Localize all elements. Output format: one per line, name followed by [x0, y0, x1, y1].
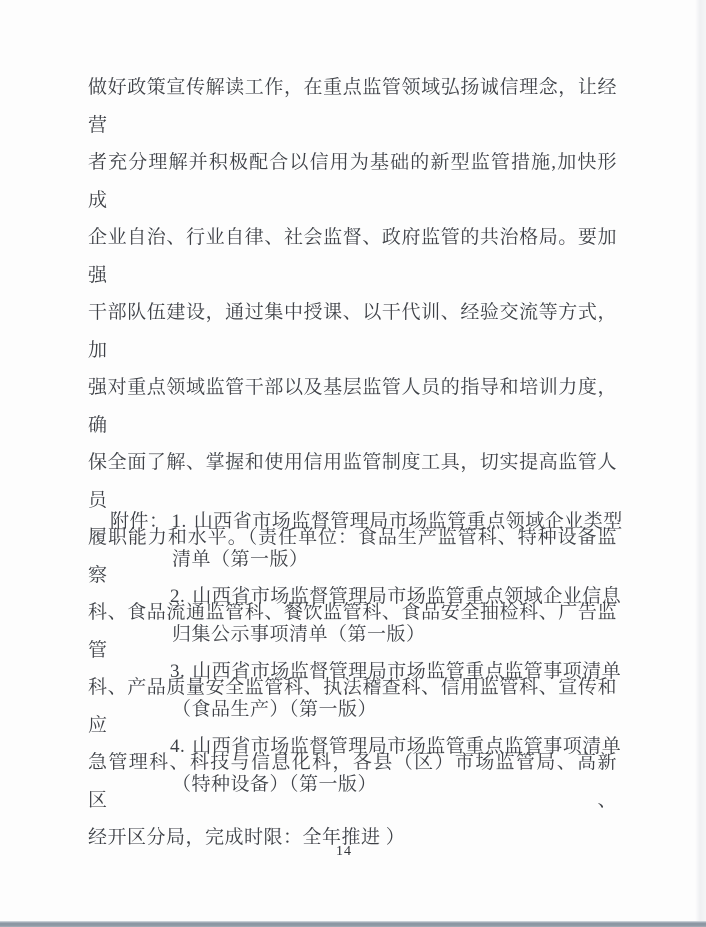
- attachment-item-number: 1.: [172, 511, 187, 532]
- page-bottom-edge: [0, 921, 706, 927]
- paragraph-line: 做好政策宣传解读工作，在重点监管领域弘扬诚信理念，让经营: [88, 69, 617, 144]
- attachments-label: 附件：: [110, 511, 169, 532]
- paragraph-line: 强对重点领域监管干部以及基层监管人员的指导和培训力度，确: [88, 369, 617, 444]
- attachment-item-continuation: 归集公示事项清单（第一版）: [172, 616, 640, 654]
- attachment-item: 2.山西省市场监督管理局市场监管重点领域企业信息: [170, 578, 640, 616]
- attachment-item: 4.山西省市场监督管理局市场监管重点监管事项清单: [170, 728, 640, 766]
- page-number: 14: [0, 844, 688, 860]
- attachment-item: 附件：1.山西省市场监督管理局市场监管重点领域企业类型: [110, 503, 640, 541]
- paragraph-line: 企业自治、行业自律、社会监督、政府监管的共治格局。要加强: [88, 219, 617, 294]
- paragraph-line: 者充分理解并积极配合以信用为基础的新型监管措施,加快形成: [88, 144, 617, 219]
- page-right-edge-shadow: [695, 0, 706, 927]
- attachment-item-title: 山西省市场监督管理局市场监管重点监管事项清单: [192, 736, 621, 757]
- attachment-item: 3.山西省市场监督管理局市场监管重点监管事项清单: [170, 653, 640, 691]
- attachment-item-title: 山西省市场监督管理局市场监管重点监管事项清单: [192, 661, 621, 682]
- attachment-item-continuation: （食品生产）（第一版）: [172, 691, 640, 729]
- attachments-section: 附件：1.山西省市场监督管理局市场监管重点领域企业类型 清单（第一版） 2.山西…: [0, 503, 640, 803]
- attachment-item-number: 2.: [170, 586, 185, 607]
- paragraph-line: 干部队伍建设，通过集中授课、以干代训、经验交流等方式，加: [88, 294, 617, 369]
- attachment-item-title: 山西省市场监督管理局市场监管重点领域企业信息: [192, 586, 621, 607]
- attachment-item-continuation: 清单（第一版）: [172, 541, 640, 579]
- attachment-item-number: 3.: [170, 661, 185, 682]
- attachment-item-title: 山西省市场监督管理局市场监管重点领域企业类型: [194, 511, 623, 532]
- document-page: 做好政策宣传解读工作，在重点监管领域弘扬诚信理念，让经营 者充分理解并积极配合以…: [0, 0, 706, 927]
- attachment-item-continuation: （特种设备）（第一版）: [172, 766, 640, 804]
- attachment-item-number: 4.: [170, 736, 185, 757]
